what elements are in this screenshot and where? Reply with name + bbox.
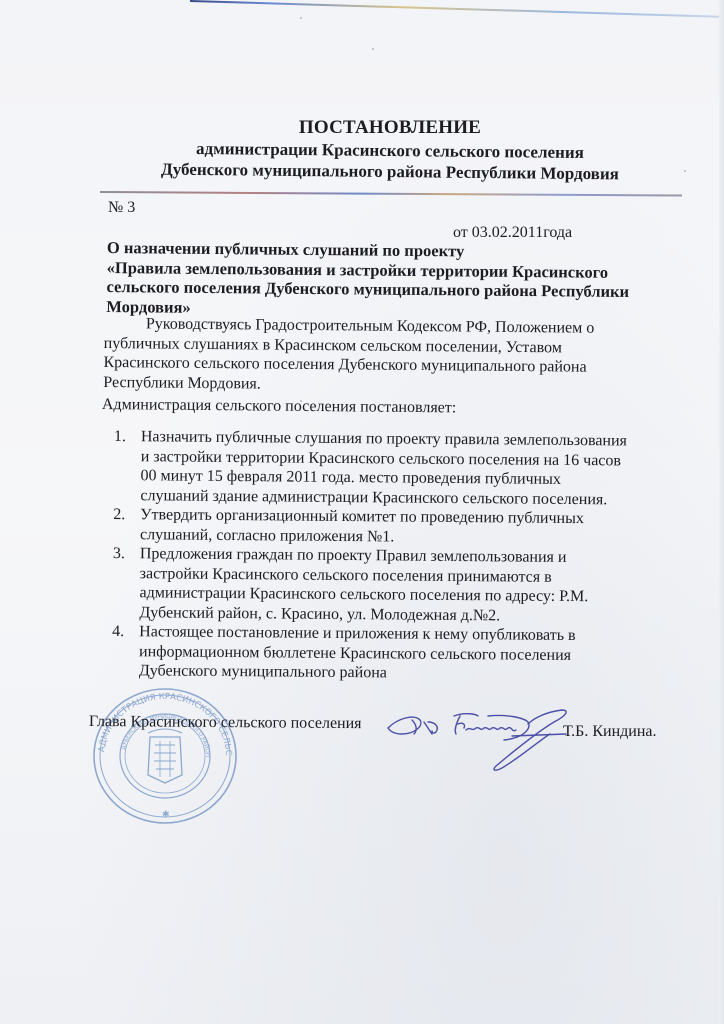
item-line: Дубенского муниципального района	[139, 661, 576, 684]
resolution-items: 1. Назначить публичные слушания по проек…	[112, 427, 684, 685]
resolution-item: 4. Настоящее постановление и приложения …	[112, 622, 682, 685]
document-date: от 03.02.2011года	[453, 224, 572, 242]
signer-name: Т.Б. Киндина.	[563, 723, 657, 741]
item-text: Назначить публичные слушания по проекту …	[140, 427, 627, 509]
resolution-item: 3. Предложения граждан по проекту Правил…	[112, 544, 683, 627]
scan-speck	[300, 17, 302, 19]
document-subject: О назначении публичных слушаний по проек…	[106, 238, 667, 321]
svg-text:✱: ✱	[162, 810, 170, 820]
item-text: Настоящее постановление и приложения к н…	[139, 622, 576, 684]
item-text: Утвердить организационный комитет по про…	[140, 505, 584, 548]
handwritten-signature-icon	[384, 700, 574, 778]
scanned-page: ПОСТАНОВЛЕНИЕ администрации Красинского …	[0, 0, 724, 1024]
item-number: 1.	[113, 427, 141, 505]
item-text: Предложения граждан по проекту Правил зе…	[139, 544, 588, 626]
official-seal-icon: АДМИНИСТРАЦИЯ КРАСИНСКОГО СЕЛЬСКОГО ПОСЕ…	[90, 685, 240, 827]
item-number: 4.	[112, 622, 140, 681]
preamble: Руководствуясь Градостроительным Кодексо…	[103, 314, 664, 397]
scan-right-edge	[719, 0, 724, 1024]
document-title: ПОСТАНОВЛЕНИЕ	[100, 117, 680, 139]
decree-statement: Администрация сельского поселения постан…	[102, 396, 457, 417]
item-number: 2.	[113, 505, 140, 544]
scan-top-edge	[190, 0, 724, 21]
resolution-item: 2. Утвердить организационный комитет по …	[113, 505, 683, 549]
document-number: № 3	[108, 199, 135, 217]
scan-speck	[372, 48, 374, 50]
resolution-item: 1. Назначить публичные слушания по проек…	[113, 427, 684, 510]
scan-speck	[684, 170, 686, 172]
header-divider	[100, 191, 682, 197]
item-number: 3.	[112, 544, 140, 622]
signature-title: Глава Красинского сельского поселения	[89, 713, 362, 733]
